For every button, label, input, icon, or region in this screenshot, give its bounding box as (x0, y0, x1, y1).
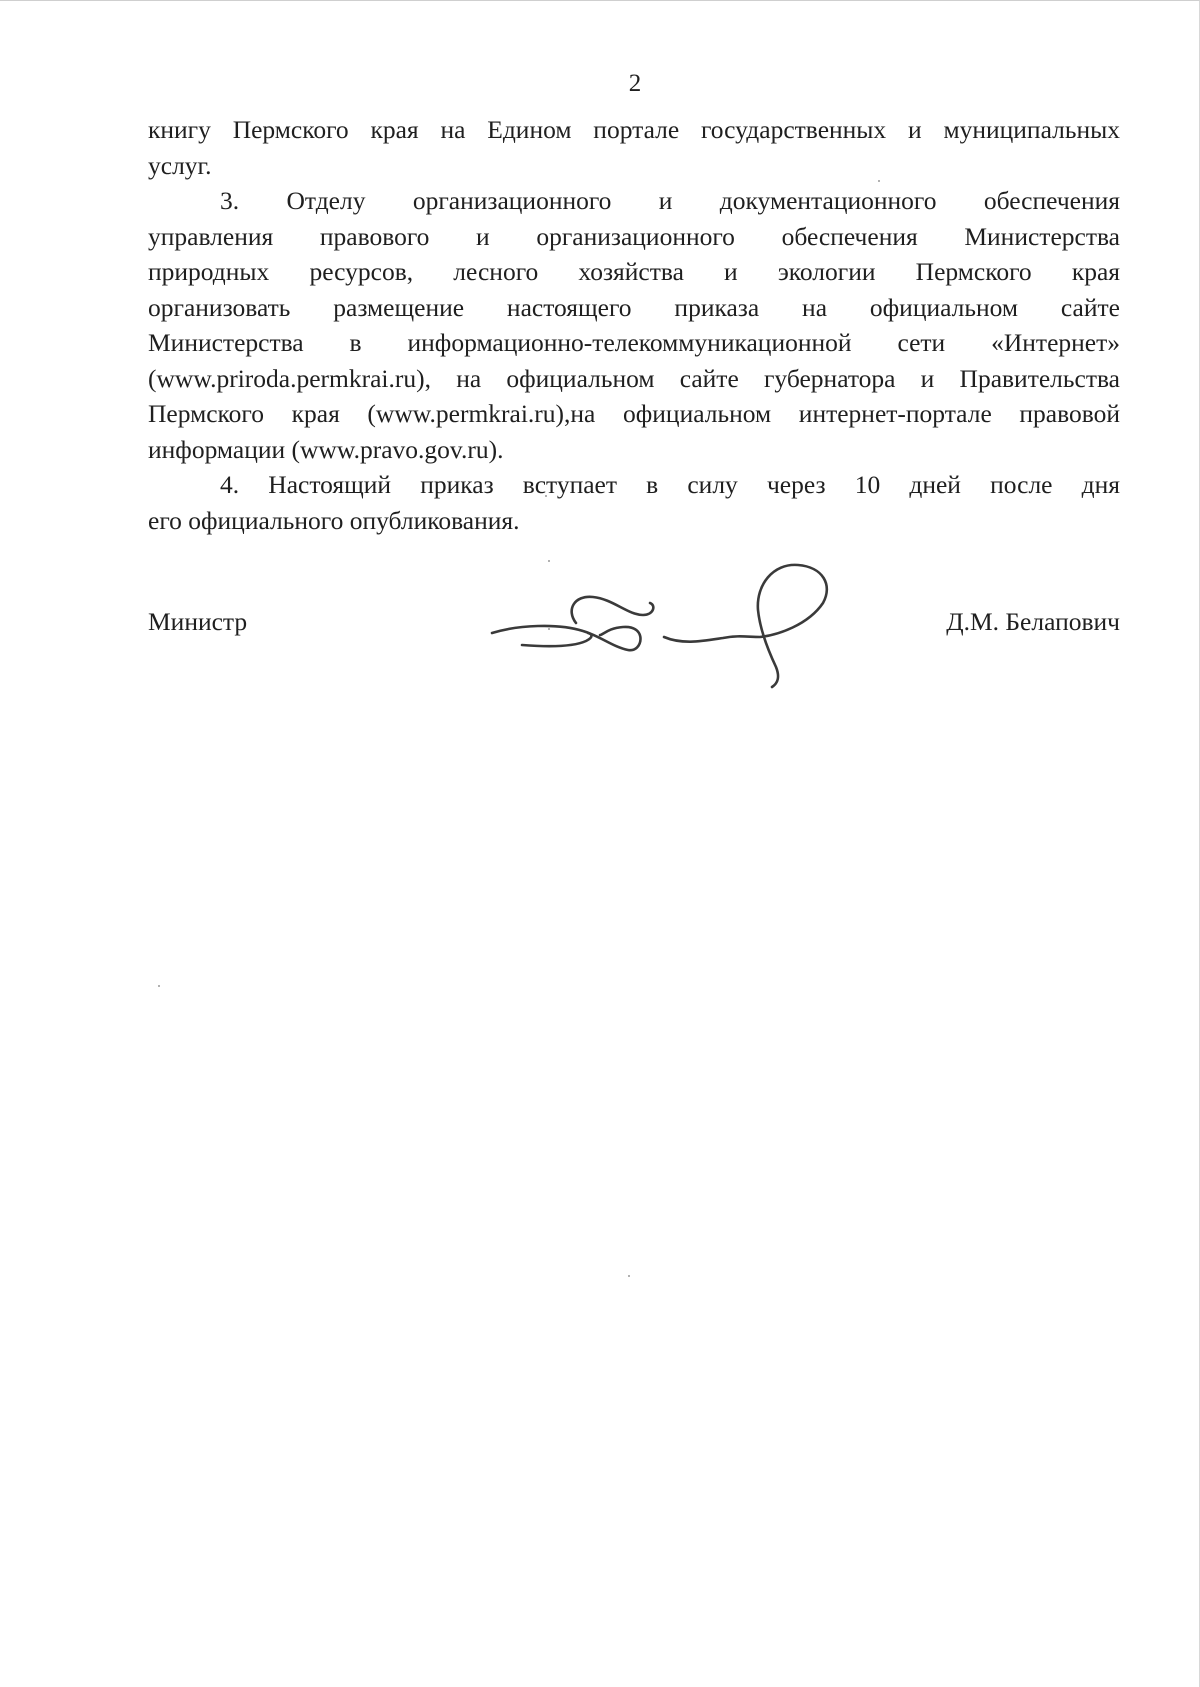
text-line: 3. Отделу организационного и документаци… (148, 183, 1120, 219)
text-line: управления правового и организационного … (148, 219, 1120, 255)
text-line: природных ресурсов, лесного хозяйства и … (148, 254, 1120, 290)
handwritten-signature-icon (478, 555, 838, 705)
text-line: Министерства в информационно-телекоммуни… (148, 325, 1120, 361)
text-line: 4. Настоящий приказ вступает в силу чере… (148, 467, 1120, 503)
text-line: его официального опубликования. (148, 503, 1120, 539)
document-page: 2 книгу Пермского края на Едином портале… (0, 0, 1200, 1687)
text-line: Пермского края (www.permkrai.ru),на офиц… (148, 396, 1120, 432)
scan-speck (545, 495, 547, 497)
paragraph-item-4: 4. Настоящий приказ вступает в силу чере… (148, 467, 1120, 538)
text-line: (www.priroda.permkrai.ru), на официально… (148, 361, 1120, 397)
text-line: услуг. (148, 148, 1120, 184)
text-line: организовать размещение настоящего прика… (148, 290, 1120, 326)
scan-speck (878, 180, 880, 182)
scan-speck (548, 560, 550, 562)
scan-speck (158, 985, 160, 987)
paragraph-item-3: 3. Отделу организационного и документаци… (148, 183, 1120, 467)
document-body: книгу Пермского края на Едином портале г… (148, 112, 1120, 538)
paragraph-continuation: книгу Пермского края на Едином портале г… (148, 112, 1120, 183)
scan-speck (548, 628, 550, 630)
signatory-title: Министр (148, 607, 247, 637)
text-line: информации (www.pravo.gov.ru). (148, 432, 1120, 468)
signatory-name: Д.М. Белапович (946, 607, 1120, 637)
text-line: книгу Пермского края на Едином портале г… (148, 112, 1120, 148)
page-number: 2 (0, 70, 1200, 98)
scan-speck (628, 1275, 630, 1277)
